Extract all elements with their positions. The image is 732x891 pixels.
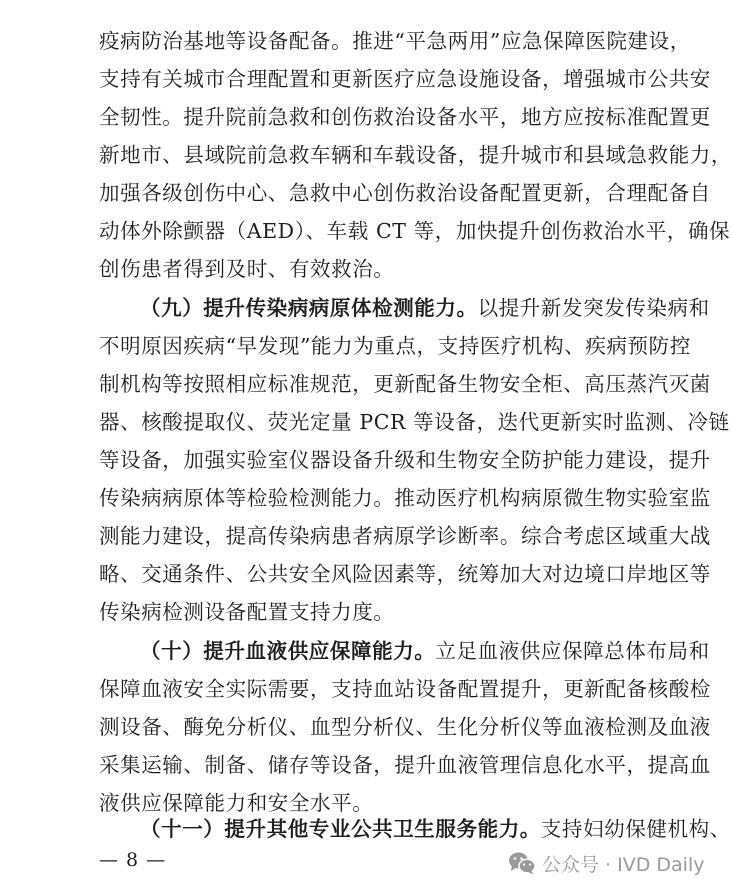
section-11-first-line-text: 支持妇幼保健机构、	[541, 817, 731, 841]
paragraph-line: 器、核酸提取仪、荧光定量 PCR 等设备，迭代更新实时监测、冷链	[99, 403, 649, 441]
paragraph-line: 全韧性。提升院前急救和创伤救治设备水平，地方应按标准配置更	[99, 98, 649, 136]
paragraph-line: 采集运输、制备、储存等设备，提升血液管理信息化水平，提高血	[99, 746, 649, 784]
section-10-heading: （十）提升血液供应保障能力。	[140, 639, 435, 663]
paragraph-line: 传染病检测设备配置支持力度。	[99, 593, 649, 631]
paragraph-line: 支持有关城市合理配置和更新医疗应急设施设备，增强城市公共安	[99, 60, 649, 98]
paragraph-line: 动体外除颤器（AED）、车载 CT 等，加快提升创伤救治水平，确保	[99, 212, 649, 250]
paragraph-line: 测设备、酶免分析仪、血型分析仪、生化分析仪等血液检测及血液	[99, 708, 649, 746]
paragraph-line: 测能力建设，提高传染病患者病原学诊断率。综合考虑区域重大战	[99, 517, 649, 555]
page-number: — 8 —	[99, 845, 166, 875]
watermark: 公众号 · IVD Daily	[508, 846, 704, 880]
section-10-first-line: （十）提升血液供应保障能力。立足血液供应保障总体布局和	[140, 632, 649, 670]
watermark-text: 公众号 · IVD Daily	[542, 850, 704, 877]
paragraph-line: 保障血液安全实际需要，支持血站设备配置提升，更新配备核酸检	[99, 670, 649, 708]
paragraph-line: 疫病防治基地等设备配备。推进“平急两用”应急保障医院建设，	[99, 22, 649, 60]
paragraph-line: 制机构等按照相应标准规范，更新配备生物安全柜、高压蒸汽灭菌	[99, 365, 649, 403]
document-page: 疫病防治基地等设备配备。推进“平急两用”应急保障医院建设， 支持有关城市合理配置…	[0, 0, 732, 891]
paragraph-line: 新地市、县域院前急救车辆和车载设备，提升城市和县域急救能力，	[99, 136, 649, 174]
section-11-first-line: （十一）提升其他专业公共卫生服务能力。支持妇幼保健机构、	[140, 810, 649, 848]
paragraph-line: 加强各级创伤中心、急救中心创伤救治设备配置更新，合理配备自	[99, 174, 649, 212]
paragraph-line: 传染病病原体等检验检测能力。推动医疗机构病原微生物实验室监	[99, 479, 649, 517]
wechat-icon	[508, 851, 536, 875]
section-9-heading: （九）提升传染病病原体检测能力。	[140, 296, 478, 320]
section-9-first-line: （九）提升传染病病原体检测能力。以提升新发突发传染病和	[140, 289, 649, 327]
section-11-heading: （十一）提升其他专业公共卫生服务能力。	[140, 817, 541, 841]
paragraph-line: 等设备，加强实验室仪器设备升级和生物安全防护能力建设，提升	[99, 441, 649, 479]
paragraph-line: 创伤患者得到及时、有效救治。	[99, 250, 649, 288]
section-9-first-line-text: 以提升新发突发传染病和	[478, 296, 710, 320]
section-10-first-line-text: 立足血液供应保障总体布局和	[435, 639, 709, 663]
paragraph-line: 不明原因疾病“早发现”能力为重点，支持医疗机构、疾病预防控	[99, 327, 649, 365]
paragraph-line: 略、交通条件、公共安全风险因素等，统筹加大对边境口岸地区等	[99, 555, 649, 593]
